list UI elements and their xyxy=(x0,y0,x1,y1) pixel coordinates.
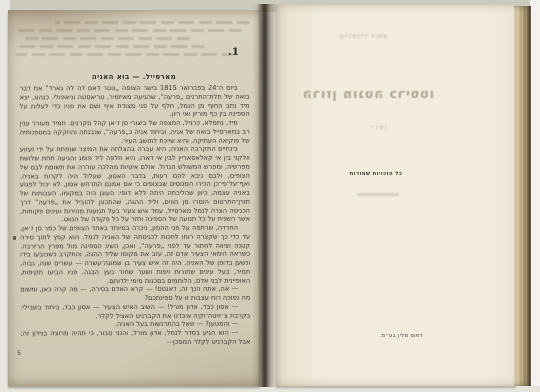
chapter-title: מארסייל. — בוא האניה xyxy=(8,73,260,81)
paragraph: מיד, נתמלא, כרגיל, המצפה של ביצורי סן ז׳… xyxy=(20,118,250,145)
paragraph: בינתיים התקרבה האניה; היא עברה בהצלחה את… xyxy=(20,144,250,224)
showthrough-subtitle: רומן xyxy=(338,124,418,131)
showthrough-text-line xyxy=(25,37,190,40)
showthrough-text-line xyxy=(55,21,250,24)
paragraph: — והמטען? — שאל בהתרגשות בעל האניה. xyxy=(20,319,250,329)
left-page: 1. מארסייל. — בוא האניה ביום ה־24 בפברוא… xyxy=(8,10,260,386)
showthrough-text-line xyxy=(19,45,205,48)
scan-speck xyxy=(13,236,16,240)
book-scan: 1. מארסייל. — בוא האניה ביום ה־24 בפברוא… xyxy=(0,0,540,392)
scan-background-right xyxy=(530,0,540,392)
paragraph: — אסון כבד, אדון מורל! — השיב האיש הצעיר… xyxy=(20,302,250,320)
paragraph: — הוא הגיע בסדר לנמל, אדון מורל, והנני ס… xyxy=(20,328,250,346)
paragraph: החרדה, שרחפה על פני ההמון, ניכרה במיוחד … xyxy=(20,223,250,285)
book-gutter-shadow xyxy=(252,4,282,387)
page-number: 5 xyxy=(17,349,21,357)
showthrough-text-line xyxy=(18,29,242,32)
chapter-body-text: ביום ה־24 בפברואר 1815 בישר הצופה „נוטר … xyxy=(20,83,251,346)
rights-notice: כל הזכויות שמורות xyxy=(296,171,456,177)
right-page: אלכסנדר דומא הרוזן מונטה כריסטו רומן כל … xyxy=(276,5,516,386)
showthrough-author-name: אלכסנדר דומא xyxy=(313,32,413,40)
paragraph: — אה, אתה הנך זה, דאנטס! — קרא האדם בסיר… xyxy=(20,284,250,302)
chapter-number: 1. xyxy=(228,46,239,58)
page-edges xyxy=(514,6,531,386)
showthrough-text-block xyxy=(14,20,254,70)
showthrough-book-title: הרוזן מונטה כריסטו xyxy=(288,86,448,101)
showthrough-publisher-line xyxy=(357,193,399,196)
showthrough-text-line xyxy=(15,53,235,56)
printer-imprint: דפוס מלין בע״מ. xyxy=(321,333,481,339)
paragraph: ביום ה־24 בפברואר 1815 בישר הצופה „נוטר … xyxy=(20,83,250,119)
